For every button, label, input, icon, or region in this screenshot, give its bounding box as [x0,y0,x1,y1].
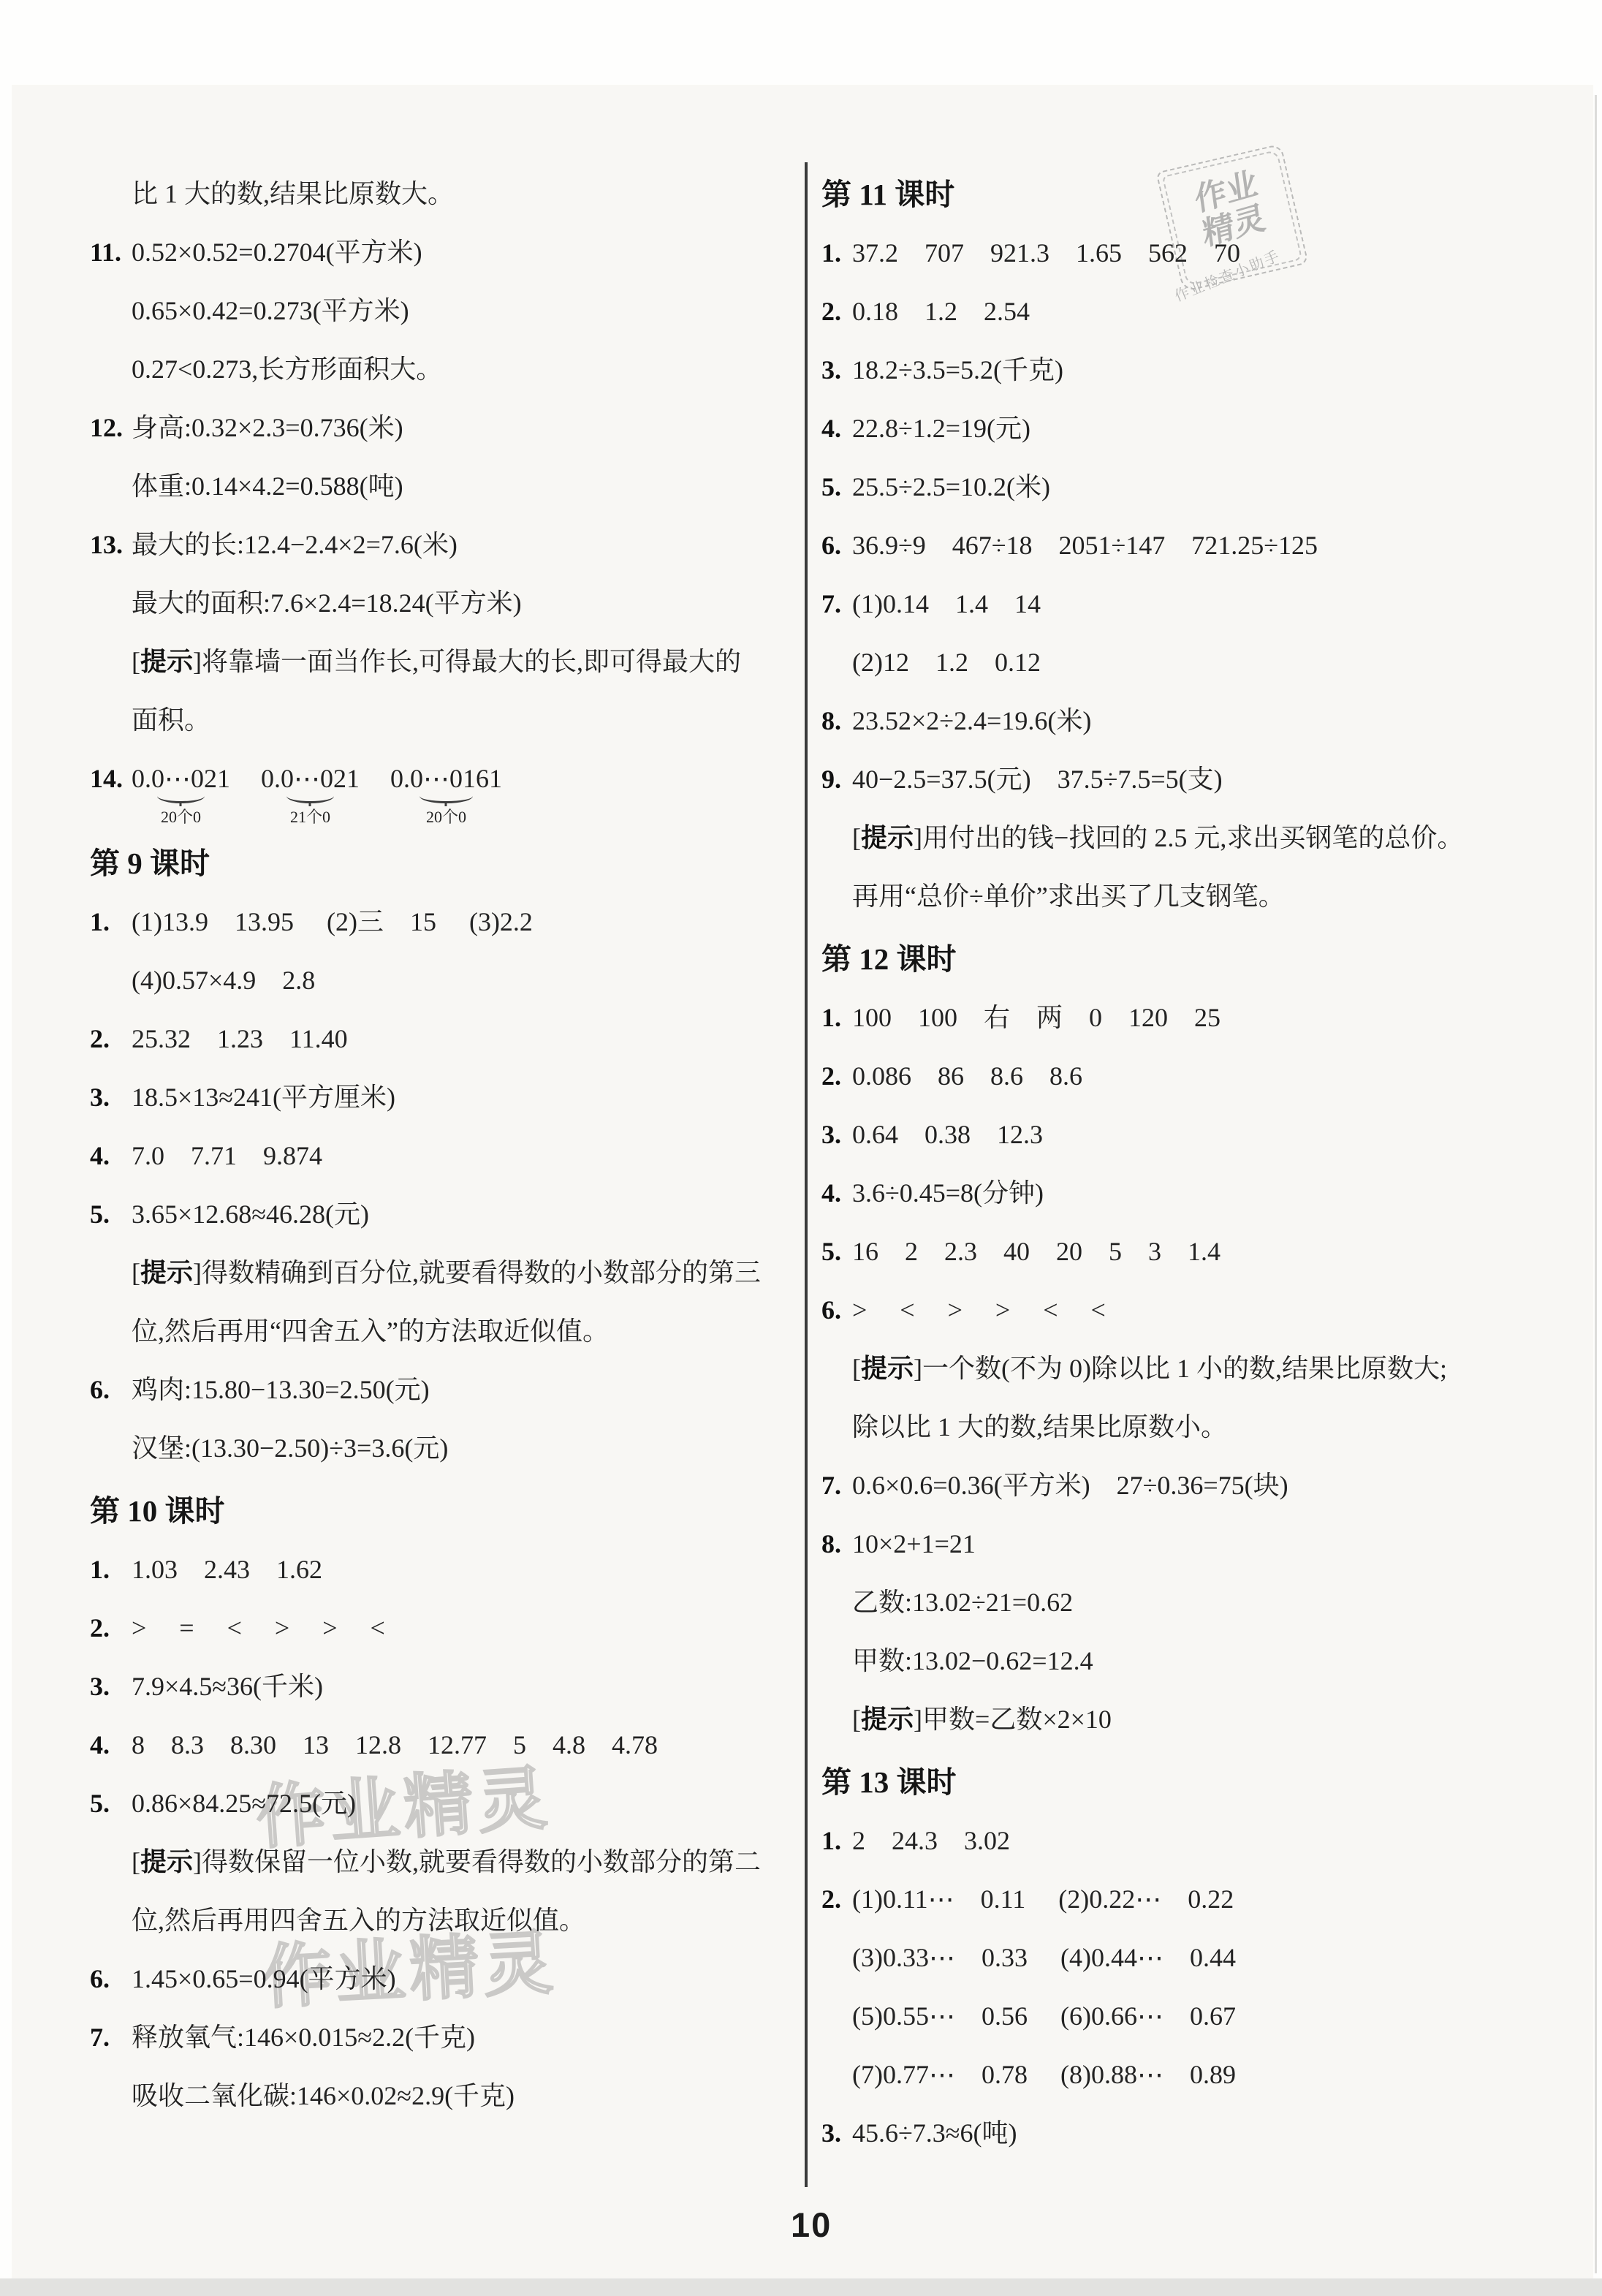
item-number: 6. [90,1360,132,1419]
answer-text: (1)0.14 1.4 14 [852,589,1041,618]
item-number: 1. [821,224,852,282]
answer-line: 5.3.65×12.68≈46.28(元) [90,1185,791,1243]
answer-line: 8.23.52×2÷2.4=19.6(米) [821,692,1567,750]
answer-line: 1.(1)13.9 13.95 (2)三 15 (3)2.2 [90,893,791,951]
item-number: 6. [90,1950,132,2008]
answer-line: 6.> < > > < < [821,1281,1567,1339]
answer-text: 0.52×0.52=0.2704(平方米) [132,238,422,267]
answer-line: 2.> = < > > < [90,1599,791,1657]
answer-text: 0.65×0.42=0.273(平方米) [132,296,409,325]
item-number: 1. [821,1811,852,1870]
answer-text: > < > > < < [852,1295,1106,1325]
answer-line: 除以比 1 大的数,结果比原数小。 [821,1398,1567,1456]
item-number: 7. [821,1456,852,1515]
answer-line: 3.18.5×13≈241(平方厘米) [90,1068,791,1126]
item-number: 6. [821,516,852,575]
answer-line: 7.(1)0.14 1.4 14 [821,575,1567,633]
answer-text: 释放氧气:146×0.015≈2.2(千克) [132,2023,475,2052]
item-number: 14. [90,749,132,808]
answer-line: 乙数:13.02÷21=0.62 [821,1573,1567,1632]
item-number: 3. [90,1657,132,1716]
answer-text: 0.18 1.2 2.54 [852,297,1030,326]
answer-line: 体重:0.14×4.2=0.588(吨) [90,457,791,515]
answer-text: 10×2+1=21 [852,1529,976,1558]
right-column: 第 11 课时1.37.2 707 921.3 1.65 562 702.0.1… [821,165,1567,2162]
item-number: 2. [821,1870,852,1928]
answer-line: 4.7.0 7.71 9.874 [90,1126,791,1185]
answer-line: 2.0.18 1.2 2.54 [821,282,1567,341]
answer-line: 1.1.03 2.43 1.62 [90,1540,791,1599]
answer-text: 身高:0.32×2.3=0.736(米) [132,413,403,442]
answer-text: 比 1 大的数,结果比原数大。 [132,179,454,208]
answer-line: 0.27<0.273,长方形面积大。 [90,340,791,398]
item-number: 1. [90,893,132,951]
answer-line: (5)0.55⋯ 0.56 (6)0.66⋯ 0.67 [821,1987,1567,2045]
answer-text: 1.45×0.65=0.94(平方米) [132,1964,396,1993]
answer-line: 6.36.9÷9 467÷18 2051÷147 721.25÷125 [821,516,1567,575]
answer-text: 16 2 2.3 40 20 5 3 1.4 [852,1237,1221,1266]
answer-text: 25.32 1.23 11.40 [132,1024,348,1053]
answer-line: (4)0.57×4.9 2.8 [90,951,791,1009]
answer-line: 14.0.0⋯02120个00.0⋯02121个00.0⋯016120个0 [90,749,791,830]
answer-line: 最大的面积:7.6×2.4=18.24(平方米) [90,574,791,632]
answer-line: 面积。 [90,691,791,749]
answer-text: 37.2 707 921.3 1.65 562 70 [852,238,1240,268]
hint-line: [提示]得数精确到百分位,就要看得数的小数部分的第三 [90,1243,791,1302]
answer-line: 位,然后再用四舍五入的方法取近似值。 [90,1891,791,1950]
repeating-zero-group: 0.0⋯016120个0 [390,749,502,827]
answer-text: 最大的面积:7.6×2.4=18.24(平方米) [132,588,522,618]
item-number: 7. [821,575,852,633]
answer-text: (7)0.77⋯ 0.78 (8)0.88⋯ 0.89 [852,2060,1236,2089]
answer-line: 12.身高:0.32×2.3=0.736(米) [90,398,791,457]
answer-text: [提示]一个数(不为 0)除以比 1 小的数,结果比原数大; [852,1354,1447,1383]
answer-text: 22.8÷1.2=19(元) [852,414,1030,443]
item-number: 4. [90,1716,132,1774]
answer-line: 7.释放氧气:146×0.015≈2.2(千克) [90,2008,791,2066]
answer-line: 13.最大的长:12.4−2.4×2=7.6(米) [90,515,791,574]
answer-text: (1)0.11⋯ 0.11 (2)0.22⋯ 0.22 [852,1884,1234,1914]
answer-text: [提示]将靠墙一面当作长,可得最大的长,即可得最大的 [132,647,741,676]
answer-text: 最大的长:12.4−2.4×2=7.6(米) [132,530,458,559]
item-number: 6. [821,1281,852,1339]
answer-text: 再用“总价÷单价”求出买了几支钢笔。 [852,882,1285,911]
answer-text: (1)13.9 13.95 (2)三 15 (3)2.2 [132,907,533,936]
page-right-edge [1595,95,1597,2273]
section-heading: 第 9 课时 [90,834,791,893]
left-column: 比 1 大的数,结果比原数大。11.0.52×0.52=0.2704(平方米)0… [90,164,791,2125]
answer-text: 体重:0.14×4.2=0.588(吨) [132,471,403,501]
hint-prefix: [提示] [132,1847,202,1876]
zero-count-label: 20个0 [142,808,221,827]
answer-text: 18.5×13≈241(平方厘米) [132,1083,395,1112]
answer-line: 4.22.8÷1.2=19(元) [821,399,1567,458]
zero-count-label: 20个0 [401,808,490,827]
answer-line: 1.100 100 右 两 0 120 25 [821,988,1567,1047]
item-number: 8. [821,1515,852,1573]
hint-prefix: [提示] [852,1354,922,1383]
hint-line: [提示]得数保留一位小数,就要看得数的小数部分的第二 [90,1833,791,1891]
hint-line: [提示]一个数(不为 0)除以比 1 小的数,结果比原数大; [821,1339,1567,1398]
answer-text: 36.9÷9 467÷18 2051÷147 721.25÷125 [852,531,1318,560]
answer-text: (3)0.33⋯ 0.33 (4)0.44⋯ 0.44 [852,1943,1236,1972]
answer-text: 2 24.3 3.02 [852,1826,1010,1855]
answer-text: 1.03 2.43 1.62 [132,1555,322,1584]
answer-line: 比 1 大的数,结果比原数大。 [90,164,791,223]
item-number: 5. [821,458,852,516]
item-number: 3. [90,1068,132,1126]
hint-prefix: [提示] [852,1705,922,1734]
answer-text: (5)0.55⋯ 0.56 (6)0.66⋯ 0.67 [852,2001,1236,2031]
answer-line: 1.2 24.3 3.02 [821,1811,1567,1870]
answer-text: 乙数:13.02÷21=0.62 [852,1588,1073,1617]
answer-text: 汉堡:(13.30−2.50)÷3=3.6(元) [132,1433,448,1463]
answer-line: 2.25.32 1.23 11.40 [90,1009,791,1068]
hint-line: [提示]甲数=乙数×2×10 [821,1690,1567,1748]
item-number: 2. [90,1009,132,1068]
answer-line: 2.0.086 86 8.6 8.6 [821,1047,1567,1105]
answer-line: 1.37.2 707 921.3 1.65 562 70 [821,224,1567,282]
answer-text: 18.2÷3.5=5.2(千克) [852,355,1063,384]
answer-text: 面积。 [132,705,210,735]
answer-text: 甲数:13.02−0.62=12.4 [852,1646,1093,1675]
scan-bottom-edge [0,2278,1602,2296]
answer-line: 11.0.52×0.52=0.2704(平方米) [90,223,791,281]
repeating-zero-group: 0.0⋯02121个0 [261,749,360,827]
answer-line: 3.45.6÷7.3≈6(吨) [821,2104,1567,2162]
answer-text: [提示]得数精确到百分位,就要看得数的小数部分的第三 [132,1258,761,1287]
answer-line: (7)0.77⋯ 0.78 (8)0.88⋯ 0.89 [821,2045,1567,2104]
answer-text: 45.6÷7.3≈6(吨) [852,2118,1017,2148]
hint-line: [提示]将靠墙一面当作长,可得最大的长,即可得最大的 [90,632,791,691]
answer-line: 3.7.9×4.5≈36(千米) [90,1657,791,1716]
section-heading: 第 13 课时 [821,1753,1567,1811]
answer-text: 0.086 86 8.6 8.6 [852,1061,1082,1091]
answer-text: 吸收二氧化碳:146×0.02≈2.9(千克) [132,2081,515,2110]
answer-line: 再用“总价÷单价”求出买了几支钢笔。 [821,867,1567,925]
hint-prefix: [提示] [132,1258,202,1287]
answer-line: 吸收二氧化碳:146×0.02≈2.9(千克) [90,2066,791,2125]
answer-text: 除以比 1 大的数,结果比原数小。 [852,1412,1227,1441]
answer-line: 6.1.45×0.65=0.94(平方米) [90,1950,791,2008]
answer-line: 2.(1)0.11⋯ 0.11 (2)0.22⋯ 0.22 [821,1870,1567,1928]
item-number: 2. [821,282,852,341]
answer-text: [提示]得数保留一位小数,就要看得数的小数部分的第二 [132,1847,761,1876]
answer-line: 位,然后再用“四舍五入”的方法取近似值。 [90,1302,791,1360]
item-number: 2. [821,1047,852,1105]
answer-text: [提示]甲数=乙数×2×10 [852,1705,1112,1734]
answer-line: 0.65×0.42=0.273(平方米) [90,281,791,340]
answer-line: 9.40−2.5=37.5(元) 37.5÷7.5=5(支) [821,750,1567,808]
answer-text: > = < > > < [132,1613,385,1643]
answer-line: 5.0.86×84.25≈72.5(元) [90,1774,791,1833]
hint-line: [提示]用付出的钱−找回的 2.5 元,求出买钢笔的总价。 [821,808,1567,867]
answer-line: 4.3.6÷0.45=8(分钟) [821,1164,1567,1222]
answer-text: 25.5÷2.5=10.2(米) [852,472,1050,501]
answer-text: 7.9×4.5≈36(千米) [132,1672,323,1701]
answer-text: 0.64 0.38 12.3 [852,1120,1043,1149]
column-divider [805,162,808,2187]
repeating-zero-group: 0.0⋯02120个0 [132,749,230,827]
answer-line: 5.25.5÷2.5=10.2(米) [821,458,1567,516]
answer-text: 鸡肉:15.80−13.30=2.50(元) [132,1375,430,1404]
section-heading: 第 12 课时 [821,930,1567,988]
answer-line: 7.0.6×0.6=0.36(平方米) 27÷0.36=75(块) [821,1456,1567,1515]
answer-line: 5.16 2 2.3 40 20 5 3 1.4 [821,1222,1567,1281]
item-number: 5. [90,1185,132,1243]
hint-prefix: [提示] [852,823,922,852]
answer-text: 位,然后再用四舍五入的方法取近似值。 [132,1906,585,1935]
item-number: 1. [821,988,852,1047]
answer-line: (2)12 1.2 0.12 [821,633,1567,692]
answer-line: 8.10×2+1=21 [821,1515,1567,1573]
answer-line: 汉堡:(13.30−2.50)÷3=3.6(元) [90,1419,791,1477]
answer-text: 23.52×2÷2.4=19.6(米) [852,706,1091,735]
answer-text: 3.65×12.68≈46.28(元) [132,1200,369,1229]
item-number: 3. [821,341,852,399]
answer-line: 甲数:13.02−0.62=12.4 [821,1632,1567,1690]
answer-text: (2)12 1.2 0.12 [852,648,1041,677]
answer-line: 3.18.2÷3.5=5.2(千克) [821,341,1567,399]
answer-text: 位,然后再用“四舍五入”的方法取近似值。 [132,1316,609,1346]
item-number: 7. [90,2008,132,2066]
item-number: 5. [90,1774,132,1833]
zero-count-label: 21个0 [271,808,350,827]
page-number: 10 [791,2205,832,2245]
hint-prefix: [提示] [132,647,202,676]
item-number: 11. [90,223,132,281]
answer-text: 7.0 7.71 9.874 [132,1141,322,1170]
item-number: 4. [90,1126,132,1185]
item-number: 4. [821,1164,852,1222]
item-number: 1. [90,1540,132,1599]
answer-text: [提示]用付出的钱−找回的 2.5 元,求出买钢笔的总价。 [852,823,1463,852]
item-number: 12. [90,398,132,457]
answer-line: 6.鸡肉:15.80−13.30=2.50(元) [90,1360,791,1419]
item-number: 4. [821,399,852,458]
answer-line: (3)0.33⋯ 0.33 (4)0.44⋯ 0.44 [821,1928,1567,1987]
answer-text: 40−2.5=37.5(元) 37.5÷7.5=5(支) [852,765,1223,794]
section-heading: 第 11 课时 [821,165,1567,224]
section-heading: 第 10 课时 [90,1482,791,1540]
answer-text: 0.6×0.6=0.36(平方米) 27÷0.36=75(块) [852,1471,1288,1500]
item-number: 5. [821,1222,852,1281]
answer-line: 3.0.64 0.38 12.3 [821,1105,1567,1164]
item-number: 3. [821,2104,852,2162]
item-number: 3. [821,1105,852,1164]
answer-text: 0.86×84.25≈72.5(元) [132,1789,356,1818]
item-number: 8. [821,692,852,750]
item-number: 13. [90,515,132,574]
answer-text: (4)0.57×4.9 2.8 [132,966,315,995]
answer-line: 4.8 8.3 8.30 13 12.8 12.77 5 4.8 4.78 [90,1716,791,1774]
item-number: 2. [90,1599,132,1657]
answer-text: 0.27<0.273,长方形面积大。 [132,355,442,384]
item-number: 9. [821,750,852,808]
answer-text: 100 100 右 两 0 120 25 [852,1003,1221,1032]
answer-text: 3.6÷0.45=8(分钟) [852,1178,1044,1208]
answer-text: 8 8.3 8.30 13 12.8 12.77 5 4.8 4.78 [132,1730,658,1759]
